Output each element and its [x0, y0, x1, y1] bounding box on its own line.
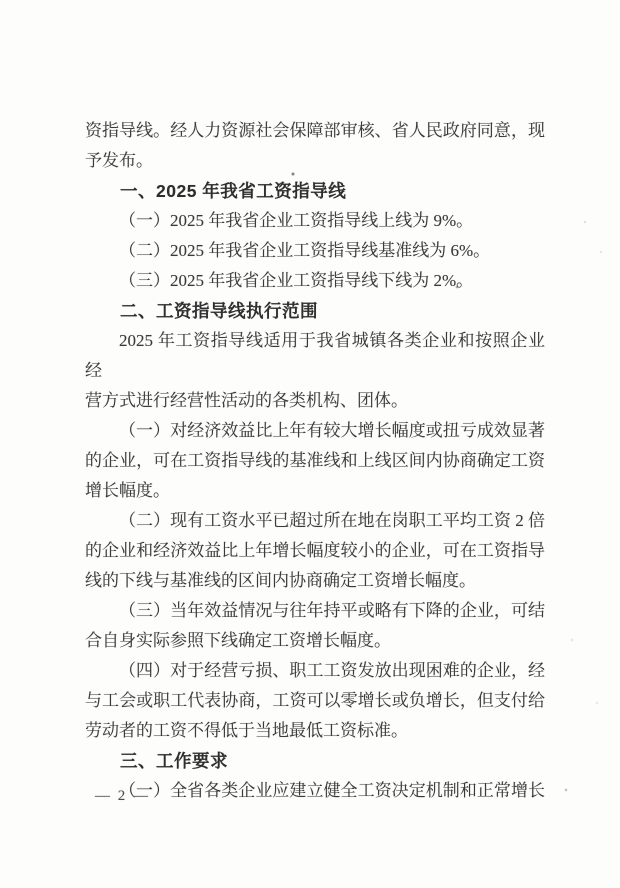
- rule-4-line-3: 劳动者的工资不得低于当地最低工资标准。: [85, 716, 545, 746]
- intro-line-1: 资指导线。经人力资源社会保障部审核、省人民政府同意，现: [85, 116, 545, 146]
- guideline-baseline-line: （二）2025 年我省企业工资指导线基准线为 6%。: [85, 236, 545, 266]
- rule-3-line-1: （三）当年效益情况与往年持平或略有下降的企业，可结: [85, 596, 545, 626]
- document-body: 资指导线。经人力资源社会保障部审核、省人民政府同意，现 予发布。 一、2025 …: [85, 116, 545, 806]
- rule-4-line-1: （四）对于经营亏损、职工工资发放出现困难的企业，经: [85, 656, 545, 686]
- page-number: — 2 —: [95, 786, 150, 806]
- rule-1-line-3: 增长幅度。: [85, 476, 545, 506]
- rule-4-line-2: 与工会或职工代表协商，工资可以零增长或负增长，但支付给: [85, 686, 545, 716]
- rule-1-line-2: 的企业，可在工资指导线的基准线和上线区间内协商确定工资: [85, 446, 545, 476]
- section-2-heading: 二、工资指导线执行范围: [85, 296, 545, 326]
- section-3-heading: 三、工作要求: [85, 746, 545, 776]
- document-page: 资指导线。经人力资源社会保障部审核、省人民政府同意，现 予发布。 一、2025 …: [0, 0, 620, 888]
- scope-para-line-1: 2025 年工资指导线适用于我省城镇各类企业和按照企业经: [85, 326, 545, 386]
- scope-para-line-2: 营方式进行经营性活动的各类机构、团体。: [85, 386, 545, 416]
- section-1-heading: 一、2025 年我省工资指导线: [85, 176, 545, 206]
- rule-3-line-2: 合自身实际参照下线确定工资增长幅度。: [85, 626, 545, 656]
- rule-2-line-3: 线的下线与基准线的区间内协商确定工资增长幅度。: [85, 566, 545, 596]
- guideline-upper-limit-line: （一）2025 年我省企业工资指导线上线为 9%。: [85, 206, 545, 236]
- guideline-lower-limit-line: （三）2025 年我省企业工资指导线下线为 2%。: [85, 266, 545, 296]
- requirement-1-line-1: （一）全省各类企业应建立健全工资决定机制和正常增长: [85, 776, 545, 806]
- rule-2-line-2: 的企业和经济效益比上年增长幅度较小的企业，可在工资指导: [85, 536, 545, 566]
- rule-2-line-1: （二）现有工资水平已超过所在地在岗职工平均工资 2 倍: [85, 506, 545, 536]
- intro-line-2: 予发布。: [85, 146, 545, 176]
- rule-1-line-1: （一）对经济效益比上年有较大增长幅度或扭亏成效显著: [85, 416, 545, 446]
